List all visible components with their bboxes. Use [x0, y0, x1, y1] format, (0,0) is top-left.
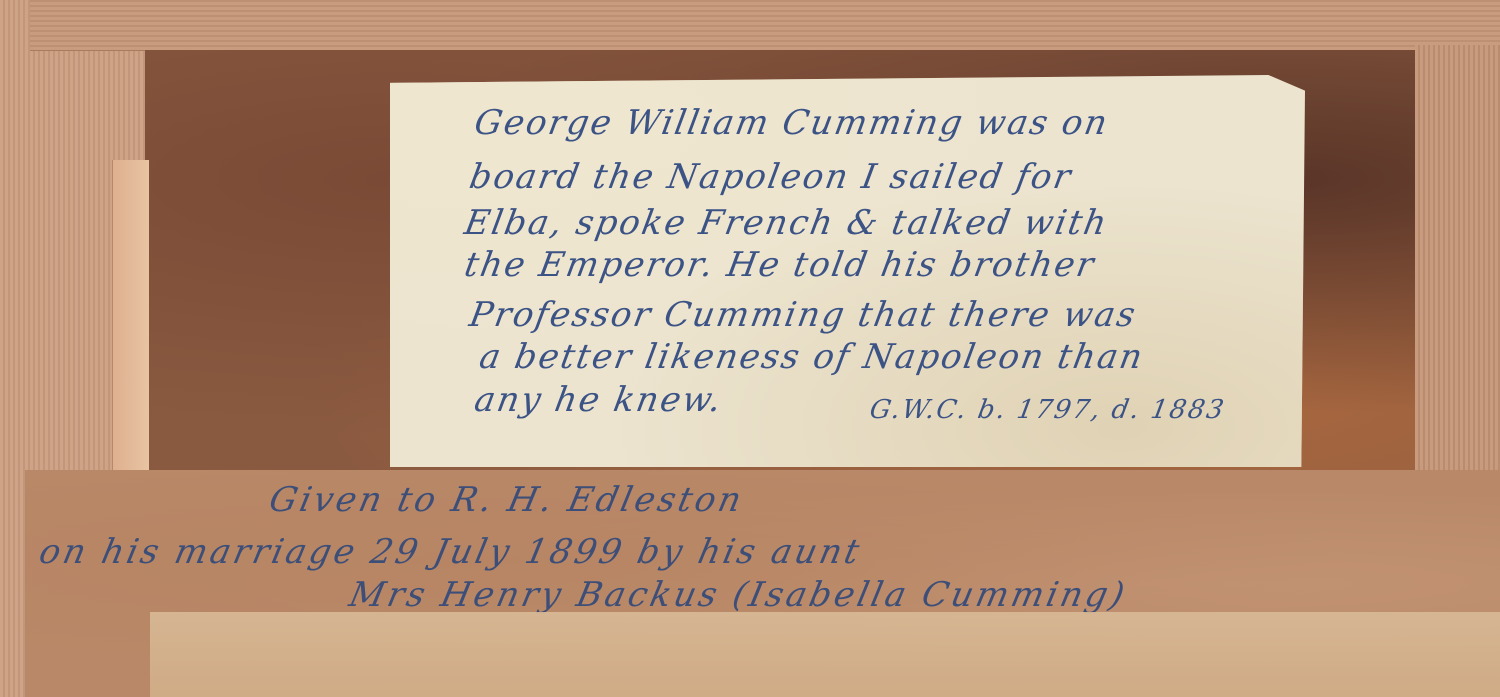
- note-line-1: George William Cumming was on: [471, 103, 1112, 143]
- kraft-paper-strip-top: [30, 0, 1500, 51]
- note-line-5: Professor Cumming that there was: [466, 295, 1140, 335]
- note-line-3: Elba, spoke French & talked with: [461, 203, 1111, 243]
- note-line-4: the Emperor. He told his brother: [461, 245, 1098, 285]
- inscription-line-1: Given to R. H. Edleston: [266, 480, 748, 520]
- note-signature: G.W.C. b. 1797, d. 1883: [867, 395, 1228, 425]
- note-line-6: a better likeness of Napoleon than: [476, 337, 1147, 377]
- inscription-line-2: on his marriage 29 July 1899 by his aunt: [36, 532, 866, 572]
- note-line-2: board the Napoleon I sailed for: [466, 157, 1075, 197]
- note-line-7: any he knew.: [471, 380, 726, 420]
- inscription-line-3: Mrs Henry Backus (Isabella Cumming): [346, 575, 1131, 615]
- handwritten-note: George William Cumming was on board the …: [390, 75, 1305, 467]
- adhesive-tape: [150, 612, 1500, 697]
